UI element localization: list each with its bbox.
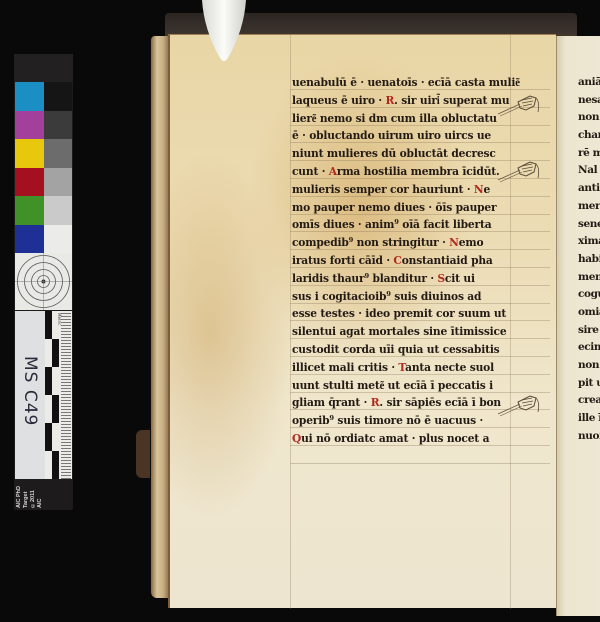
manuscript-line: uenabulū ē · uenatoīs · ecīā casta mulie… xyxy=(292,74,490,92)
book-clasp xyxy=(136,430,150,478)
text-segment: liere͂ nemo si dm cum illa obluctatu xyxy=(292,111,497,125)
text-segment: illicet mali critis · xyxy=(292,360,398,374)
facing-page-line: non po xyxy=(578,109,600,127)
facing-page-line: mer l xyxy=(578,198,600,216)
manuscript-line: laridis thaur⁹ blanditur · Scit ui xyxy=(292,270,490,288)
text-segment: onstantiaid pha xyxy=(402,253,493,267)
manicule-pointing-hand-icon xyxy=(496,158,542,184)
text-segment: gliam q̄rant · xyxy=(292,395,371,409)
manuscript-line: omīs diues · anim⁹ oīā facit liberta xyxy=(292,216,490,234)
manuscript-line: Qui nō ordiatc amat · plus nocet a xyxy=(292,430,490,448)
swatch-blue xyxy=(15,225,44,254)
manuscript-line: cunt · Arma hostilia membra īcidūt. xyxy=(292,163,490,181)
text-segment: e xyxy=(483,182,490,196)
facing-page-line: nuoi xyxy=(578,428,600,446)
facing-page-line: pit u xyxy=(578,375,600,393)
swatch-green xyxy=(15,196,44,225)
rubricated-initial: R xyxy=(385,93,394,107)
text-segment: laqueus ē uiro · xyxy=(292,93,385,107)
ruler-label: Metric xyxy=(57,313,62,325)
manuscript-line: sus i cogitacioib⁹ suis diuinos ad xyxy=(292,288,490,306)
manuscript-line: esse testes · ideo premit cor suum ut xyxy=(292,305,490,323)
text-segment: silentui agat mortales sine ītimissice xyxy=(292,324,506,338)
ruling-line xyxy=(510,35,511,609)
text-segment: custodit corda uīi quia ut cessabitis xyxy=(292,342,500,356)
manuscript-line: illicet mali critis · Tanta necte suol xyxy=(292,359,490,377)
manicule-pointing-hand-icon xyxy=(496,92,542,118)
text-segment: ē · obluctando uirum uiro uircs ue xyxy=(292,128,491,142)
text-segment: . sir uiri͂ superat mu xyxy=(394,93,509,107)
manuscript-line: operib⁹ suis timore nō ē uacuus · xyxy=(292,412,490,430)
color-calibration-target: MS C49 Metric AIC PhD Target ©2011 AIC xyxy=(14,54,73,510)
text-segment: uunt stulti mete͂ ut ecīā ī peccatis i xyxy=(292,378,493,392)
page-weight-marker-icon xyxy=(198,0,250,64)
text-segment: niunt mulieres dū obluctāt decresc xyxy=(292,146,496,160)
manuscript-line: silentui agat mortales sine ītimissice xyxy=(292,323,490,341)
facing-page-line: habit xyxy=(578,251,600,269)
rubricated-initial: C xyxy=(393,253,401,267)
text-segment: cit ui xyxy=(445,271,475,285)
metric-ruler: Metric xyxy=(45,311,72,479)
facing-page-line: cham xyxy=(578,127,600,145)
manicule-pointing-hand-icon xyxy=(496,392,542,418)
rubricated-initial: N xyxy=(474,182,484,196)
swatch-gray-3 xyxy=(44,139,72,168)
shelfmark-text: MS C49 xyxy=(17,341,43,441)
facing-page-line: crear xyxy=(578,392,600,410)
facing-page-line: aniāt xyxy=(578,74,600,92)
target-copyright: AIC PhD Target ©2011 AIC xyxy=(16,482,71,508)
facing-page-line: non f xyxy=(578,357,600,375)
facing-page-line: Nal xyxy=(578,162,600,180)
facing-page-line: nesar xyxy=(578,92,600,110)
swatch-magenta xyxy=(15,111,44,140)
manuscript-line: custodit corda uīi quia ut cessabitis xyxy=(292,341,490,359)
text-segment: omīs diues · anim⁹ oīā facit liberta xyxy=(292,217,491,231)
rubricated-initial: Q xyxy=(292,431,301,445)
facing-page-line: ecim xyxy=(578,339,600,357)
text-segment: compedib⁹ non stringitur · xyxy=(292,235,449,249)
manuscript-line: niunt mulieres dū obluctāt decresc xyxy=(292,145,490,163)
shelfmark-label: MS C49 xyxy=(15,311,45,479)
swatch-gray-6 xyxy=(44,225,72,254)
focus-target-rings-icon xyxy=(15,253,72,310)
text-segment: cunt · xyxy=(292,164,329,178)
text-segment: operib⁹ suis timore nō ē uacuus · xyxy=(292,413,483,427)
manuscript-line: mo pauper nemo diues · ōīs pauper xyxy=(292,199,490,217)
manuscript-line: mulieris semper cor hauriunt · Ne xyxy=(292,181,490,199)
facing-page-line: omiā xyxy=(578,304,600,322)
text-segment: esse testes · ideo premit cor suum ut xyxy=(292,306,506,320)
text-segment: rma hostilia membra īcidūt. xyxy=(337,164,500,178)
facing-page-line: rē mer xyxy=(578,145,600,163)
swatch-yellow xyxy=(15,139,44,168)
text-segment: sus i cogitacioib⁹ suis diuinos ad xyxy=(292,289,481,303)
facing-page-text: aniātnesarnon pochamrē merNalantimer lse… xyxy=(578,74,600,445)
text-segment: uenabulū ē · uenatoīs · ecīā casta mulie… xyxy=(292,75,520,89)
facing-page-line: anti xyxy=(578,180,600,198)
manuscript-line: gliam q̄rant · R. sir sāpiēs ecīā ī bon xyxy=(292,394,490,412)
photo-scene: MS C49 Metric AIC PhD Target ©2011 AIC u… xyxy=(0,0,600,622)
text-segment: emo xyxy=(459,235,484,249)
text-segment: iratus forti cāīd · xyxy=(292,253,393,267)
ruling-line xyxy=(290,463,550,464)
swatch-gray-4 xyxy=(44,168,72,197)
manuscript-text-block: uenabulū ē · uenatoīs · ecīā casta mulie… xyxy=(292,74,507,448)
ruling-line xyxy=(290,35,291,609)
facing-page-line: cogut xyxy=(578,286,600,304)
text-segment: laridis thaur⁹ blanditur · xyxy=(292,271,437,285)
text-segment: mulieris semper cor hauriunt · xyxy=(292,182,474,196)
swatch-gray-2 xyxy=(44,111,72,140)
text-segment: . sir sāpiēs ecīā ī bon xyxy=(379,395,501,409)
swatch-gray-1 xyxy=(44,82,72,111)
facing-page-line: sire · xyxy=(578,322,600,340)
text-segment: anta necte suol xyxy=(405,360,494,374)
rubricated-initial: T xyxy=(398,360,405,374)
facing-page-line: ille ī xyxy=(578,410,600,428)
manuscript-line: ē · obluctando uirum uiro uircs ue xyxy=(292,127,490,145)
manuscript-line: uunt stulti mete͂ ut ecīā ī peccatis i xyxy=(292,377,490,395)
manuscript-line: iratus forti cāīd · Constantiaid pha xyxy=(292,252,490,270)
copyright-line-1: AIC PhD Target xyxy=(16,482,30,508)
facing-page-line: senec xyxy=(578,216,600,234)
target-header-band xyxy=(14,54,73,82)
manuscript-line: laqueus ē uiro · R. sir uiri͂ superat mu xyxy=(292,92,490,110)
ruler-ticks xyxy=(61,311,71,479)
swatch-cyan xyxy=(15,82,44,111)
swatch-gray-5 xyxy=(44,196,72,225)
manuscript-line: compedib⁹ non stringitur · Nemo xyxy=(292,234,490,252)
manuscript-line: liere͂ nemo si dm cum illa obluctatu xyxy=(292,110,490,128)
swatch-red xyxy=(15,168,44,197)
rubricated-initial: A xyxy=(329,164,337,178)
rubricated-initial: N xyxy=(449,235,459,249)
rubricated-initial: R xyxy=(371,395,380,409)
copyright-line-2: ©2011 AIC xyxy=(30,482,44,508)
facing-page-line: xima xyxy=(578,233,600,251)
facing-page-line: ment xyxy=(578,269,600,287)
text-segment: mo pauper nemo diues · ōīs pauper xyxy=(292,200,496,214)
text-segment: ui nō ordiatc amat · plus nocet a xyxy=(301,431,489,445)
